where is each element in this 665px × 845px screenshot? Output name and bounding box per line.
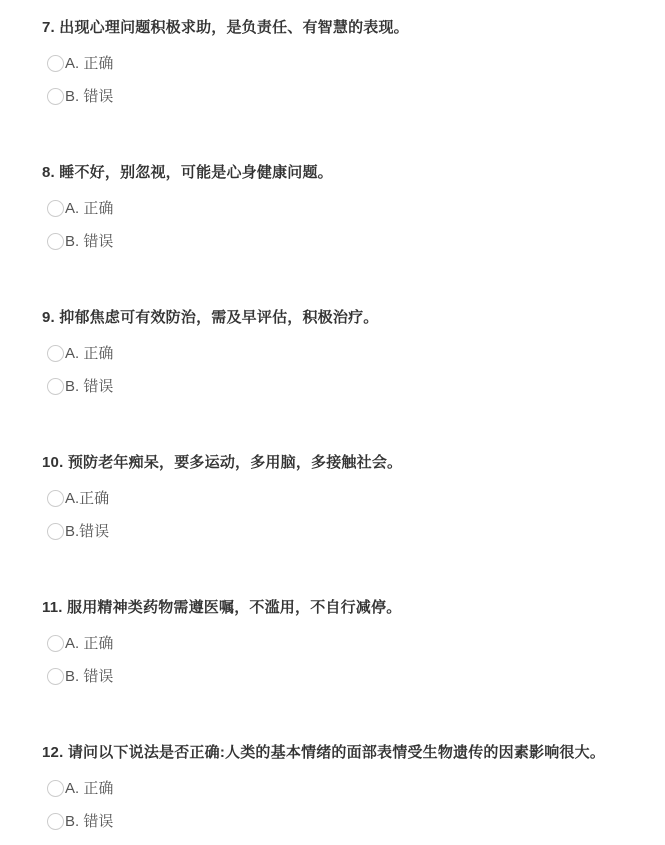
- radio-button-icon[interactable]: [47, 780, 64, 797]
- question-11-title: 11. 服用精神类药物需遵医嘱，不滥用，不自行减停。: [42, 597, 625, 618]
- question-12-option-a[interactable]: A. 正确: [42, 780, 625, 797]
- question-10: 10. 预防老年痴呆，要多运动，多用脑，多接触社会。 A.正确 B.错误: [42, 452, 625, 540]
- radio-button-icon[interactable]: [47, 523, 64, 540]
- question-7-option-a[interactable]: A. 正确: [42, 55, 625, 72]
- option-label: A. 正确: [65, 635, 113, 652]
- option-label: B.错误: [65, 523, 109, 540]
- question-8-option-a[interactable]: A. 正确: [42, 200, 625, 217]
- option-label: B. 错误: [65, 813, 113, 830]
- question-10-option-a[interactable]: A.正确: [42, 490, 625, 507]
- radio-button-icon[interactable]: [47, 345, 64, 362]
- question-9: 9. 抑郁焦虑可有效防治，需及早评估，积极治疗。 A. 正确 B. 错误: [42, 307, 625, 395]
- radio-button-icon[interactable]: [47, 88, 64, 105]
- question-8-option-b[interactable]: B. 错误: [42, 233, 625, 250]
- option-label: A.正确: [65, 490, 109, 507]
- radio-button-icon[interactable]: [47, 378, 64, 395]
- question-9-option-b[interactable]: B. 错误: [42, 378, 625, 395]
- question-7: 7. 出现心理问题积极求助，是负责任、有智慧的表现。 A. 正确 B. 错误: [42, 17, 625, 105]
- option-label: B. 错误: [65, 88, 113, 105]
- option-label: A. 正确: [65, 200, 113, 217]
- question-10-option-b[interactable]: B.错误: [42, 523, 625, 540]
- option-label: A. 正确: [65, 345, 113, 362]
- option-label: A. 正确: [65, 55, 113, 72]
- option-label: B. 错误: [65, 233, 113, 250]
- option-label: B. 错误: [65, 668, 113, 685]
- question-7-title: 7. 出现心理问题积极求助，是负责任、有智慧的表现。: [42, 17, 625, 38]
- question-8-title: 8. 睡不好，别忽视，可能是心身健康问题。: [42, 162, 625, 183]
- radio-button-icon[interactable]: [47, 200, 64, 217]
- question-8: 8. 睡不好，别忽视，可能是心身健康问题。 A. 正确 B. 错误: [42, 162, 625, 250]
- question-11: 11. 服用精神类药物需遵医嘱，不滥用，不自行减停。 A. 正确 B. 错误: [42, 597, 625, 685]
- radio-button-icon[interactable]: [47, 635, 64, 652]
- question-9-title: 9. 抑郁焦虑可有效防治，需及早评估，积极治疗。: [42, 307, 625, 328]
- question-11-option-a[interactable]: A. 正确: [42, 635, 625, 652]
- question-7-option-b[interactable]: B. 错误: [42, 88, 625, 105]
- option-label: A. 正确: [65, 780, 113, 797]
- radio-button-icon[interactable]: [47, 813, 64, 830]
- question-12: 12. 请问以下说法是否正确:人类的基本情绪的面部表情受生物遗传的因素影响很大。…: [42, 742, 625, 830]
- question-12-title: 12. 请问以下说法是否正确:人类的基本情绪的面部表情受生物遗传的因素影响很大。: [42, 742, 625, 763]
- question-10-title: 10. 预防老年痴呆，要多运动，多用脑，多接触社会。: [42, 452, 625, 473]
- survey-question-list: 7. 出现心理问题积极求助，是负责任、有智慧的表现。 A. 正确 B. 错误 8…: [0, 0, 665, 845]
- radio-button-icon[interactable]: [47, 55, 64, 72]
- radio-button-icon[interactable]: [47, 490, 64, 507]
- radio-button-icon[interactable]: [47, 668, 64, 685]
- question-11-option-b[interactable]: B. 错误: [42, 668, 625, 685]
- question-12-option-b[interactable]: B. 错误: [42, 813, 625, 830]
- question-9-option-a[interactable]: A. 正确: [42, 345, 625, 362]
- radio-button-icon[interactable]: [47, 233, 64, 250]
- option-label: B. 错误: [65, 378, 113, 395]
